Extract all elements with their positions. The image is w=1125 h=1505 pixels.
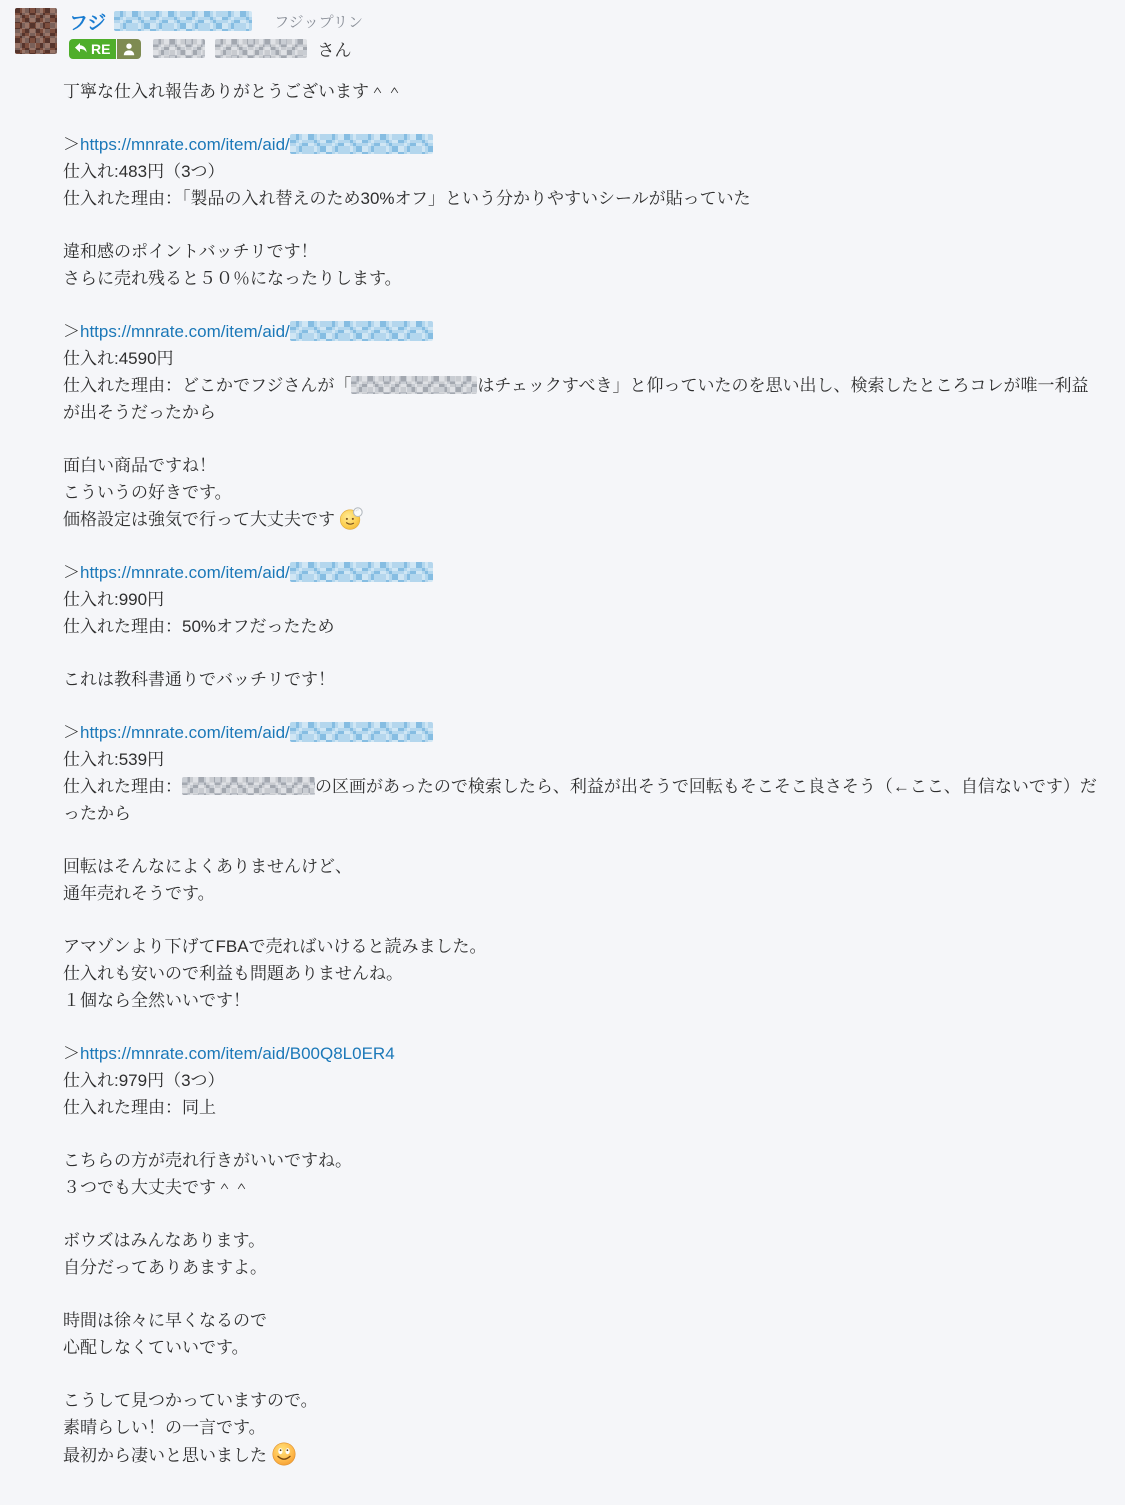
item-3-link-line: ＞https://mnrate.com/item/aid/ bbox=[63, 559, 1103, 586]
censored-recipient-name-part1 bbox=[153, 39, 205, 58]
comment-after-item-2-last: 価格設定は強気で行って大丈夫です bbox=[63, 510, 335, 529]
recipient-badge bbox=[117, 39, 141, 59]
forum-reply-post: フジ フジップリン RE さ bbox=[0, 0, 1125, 1505]
quote-mark: ＞ bbox=[63, 563, 80, 582]
author-display-name: フジップリン bbox=[274, 11, 363, 32]
item-4: ＞https://mnrate.com/item/aid/ 仕入れ:539円 仕… bbox=[63, 719, 1103, 827]
item-1-link-line: ＞https://mnrate.com/item/aid/ bbox=[63, 131, 1103, 158]
author-name-link[interactable]: フジ bbox=[69, 8, 106, 35]
item-2-reason: 仕入れた理由：どこかでフジさんが「はチェックすべき」と仰っていたのを思い出し、検… bbox=[63, 372, 1103, 426]
post-body: 丁寧な仕入れ報告ありがとうございます＾＾ ＞https://mnrate.com… bbox=[0, 66, 1125, 1505]
item-5-price: 仕入れ:979円（3つ） bbox=[63, 1067, 1103, 1094]
comment-after-item-2-text: 面白い商品ですね！ こういうの好きです。 bbox=[63, 452, 1103, 506]
item-4-censored-term bbox=[182, 777, 315, 795]
author-line: フジ フジップリン bbox=[69, 8, 363, 34]
comment-after-item-1: 違和感のポイントバッチリです！ さらに売れ残ると５０％になったりします。 bbox=[63, 238, 1103, 292]
item-3: ＞https://mnrate.com/item/aid/ 仕入れ:990円 仕… bbox=[63, 559, 1103, 640]
closing-comment-last: 最初から凄いと思いました bbox=[63, 1446, 267, 1465]
reply-to-line: RE さん bbox=[69, 36, 363, 61]
item-1-reason: 仕入れた理由：「製品の入れ替えのため30%オフ」という分かりやすいシールが貼って… bbox=[63, 185, 1103, 212]
item-2-link[interactable]: https://mnrate.com/item/aid/ bbox=[80, 322, 290, 341]
quote-mark: ＞ bbox=[63, 322, 80, 341]
quote-mark: ＞ bbox=[63, 723, 80, 742]
quote-mark: ＞ bbox=[63, 1044, 80, 1063]
reply-badge-label: RE bbox=[91, 42, 110, 56]
item-1: ＞https://mnrate.com/item/aid/ 仕入れ:483円（3… bbox=[63, 131, 1103, 212]
smiley-emoji bbox=[271, 1441, 297, 1467]
closing-emoji-line: 最初から凄いと思いました bbox=[63, 1441, 1103, 1469]
item-4-link-line: ＞https://mnrate.com/item/aid/ bbox=[63, 719, 1103, 746]
avatar[interactable] bbox=[15, 8, 57, 54]
post-header: フジ フジップリン RE さ bbox=[0, 0, 1125, 66]
item-1-link[interactable]: https://mnrate.com/item/aid/ bbox=[80, 135, 290, 154]
comment-after-item-5-a: こちらの方が売れ行きがいいですね。 ３つでも大丈夫です＾＾ bbox=[63, 1147, 1103, 1201]
item-2: ＞https://mnrate.com/item/aid/ 仕入れ:4590円 … bbox=[63, 318, 1103, 426]
item-2-price: 仕入れ:4590円 bbox=[63, 345, 1103, 372]
comment-after-item-5-b: ボウズはみんなあります。 自分だってありあますよ。 bbox=[63, 1227, 1103, 1281]
censored-recipient-name-part2 bbox=[215, 39, 307, 58]
censored-author-handle bbox=[114, 11, 252, 31]
comment-after-item-4-b: アマゾンより下げてFBAで売ればいけると読みました。 仕入れも安いので利益も問題… bbox=[63, 933, 1103, 1014]
item-1-censored-asin bbox=[290, 134, 433, 154]
item-2-censored-asin bbox=[290, 321, 433, 341]
face-with-monocle-emoji bbox=[339, 506, 364, 531]
item-3-reason: 仕入れた理由：50%オフだったため bbox=[63, 613, 1103, 640]
item-3-censored-asin bbox=[290, 562, 433, 582]
item-5-link[interactable]: https://mnrate.com/item/aid/B00Q8L0ER4 bbox=[80, 1044, 395, 1063]
item-2-censored-term bbox=[351, 376, 477, 394]
recipient-honorific: さん bbox=[317, 36, 351, 61]
comment-after-item-4-a: 回転はそんなによくありませんけど、 通年売れそうです。 bbox=[63, 853, 1103, 907]
intro-text: 丁寧な仕入れ報告ありがとうございます＾＾ bbox=[63, 78, 1103, 105]
person-icon bbox=[122, 42, 136, 56]
item-4-reason-pre: 仕入れた理由： bbox=[63, 777, 182, 796]
closing-comment-text: こうして見つかっていますので。 素晴らしい！の一言です。 bbox=[63, 1387, 1103, 1441]
item-5-link-line: ＞https://mnrate.com/item/aid/B00Q8L0ER4 bbox=[63, 1040, 1103, 1067]
comment-after-item-5-c: 時間は徐々に早くなるので 心配しなくていいです。 bbox=[63, 1307, 1103, 1361]
header-meta: フジ フジップリン RE さ bbox=[69, 8, 363, 66]
item-3-link[interactable]: https://mnrate.com/item/aid/ bbox=[80, 563, 290, 582]
reply-arrow-icon bbox=[74, 42, 88, 55]
item-2-reason-pre: 仕入れた理由：どこかでフジさんが「 bbox=[63, 376, 351, 395]
reply-badge: RE bbox=[69, 39, 116, 59]
item-4-price: 仕入れ:539円 bbox=[63, 746, 1103, 773]
comment-after-item-2: 面白い商品ですね！ こういうの好きです。 価格設定は強気で行って大丈夫です bbox=[63, 452, 1103, 533]
item-1-price: 仕入れ:483円（3つ） bbox=[63, 158, 1103, 185]
item-4-censored-asin bbox=[290, 722, 433, 742]
comment-after-item-3: これは教科書通りでバッチリです！ bbox=[63, 666, 1103, 693]
comment-after-item-2-emoji-line: 価格設定は強気で行って大丈夫です bbox=[63, 506, 1103, 533]
item-5: ＞https://mnrate.com/item/aid/B00Q8L0ER4 … bbox=[63, 1040, 1103, 1121]
quote-mark: ＞ bbox=[63, 135, 80, 154]
item-4-reason: 仕入れた理由：の区画があったので検索したら、利益が出そうで回転もそこそこ良さそう… bbox=[63, 773, 1103, 827]
item-4-link[interactable]: https://mnrate.com/item/aid/ bbox=[80, 723, 290, 742]
item-3-price: 仕入れ:990円 bbox=[63, 586, 1103, 613]
closing-comment: こうして見つかっていますので。 素晴らしい！の一言です。 最初から凄いと思いまし… bbox=[63, 1387, 1103, 1469]
item-5-reason: 仕入れた理由：同上 bbox=[63, 1094, 1103, 1121]
item-2-link-line: ＞https://mnrate.com/item/aid/ bbox=[63, 318, 1103, 345]
